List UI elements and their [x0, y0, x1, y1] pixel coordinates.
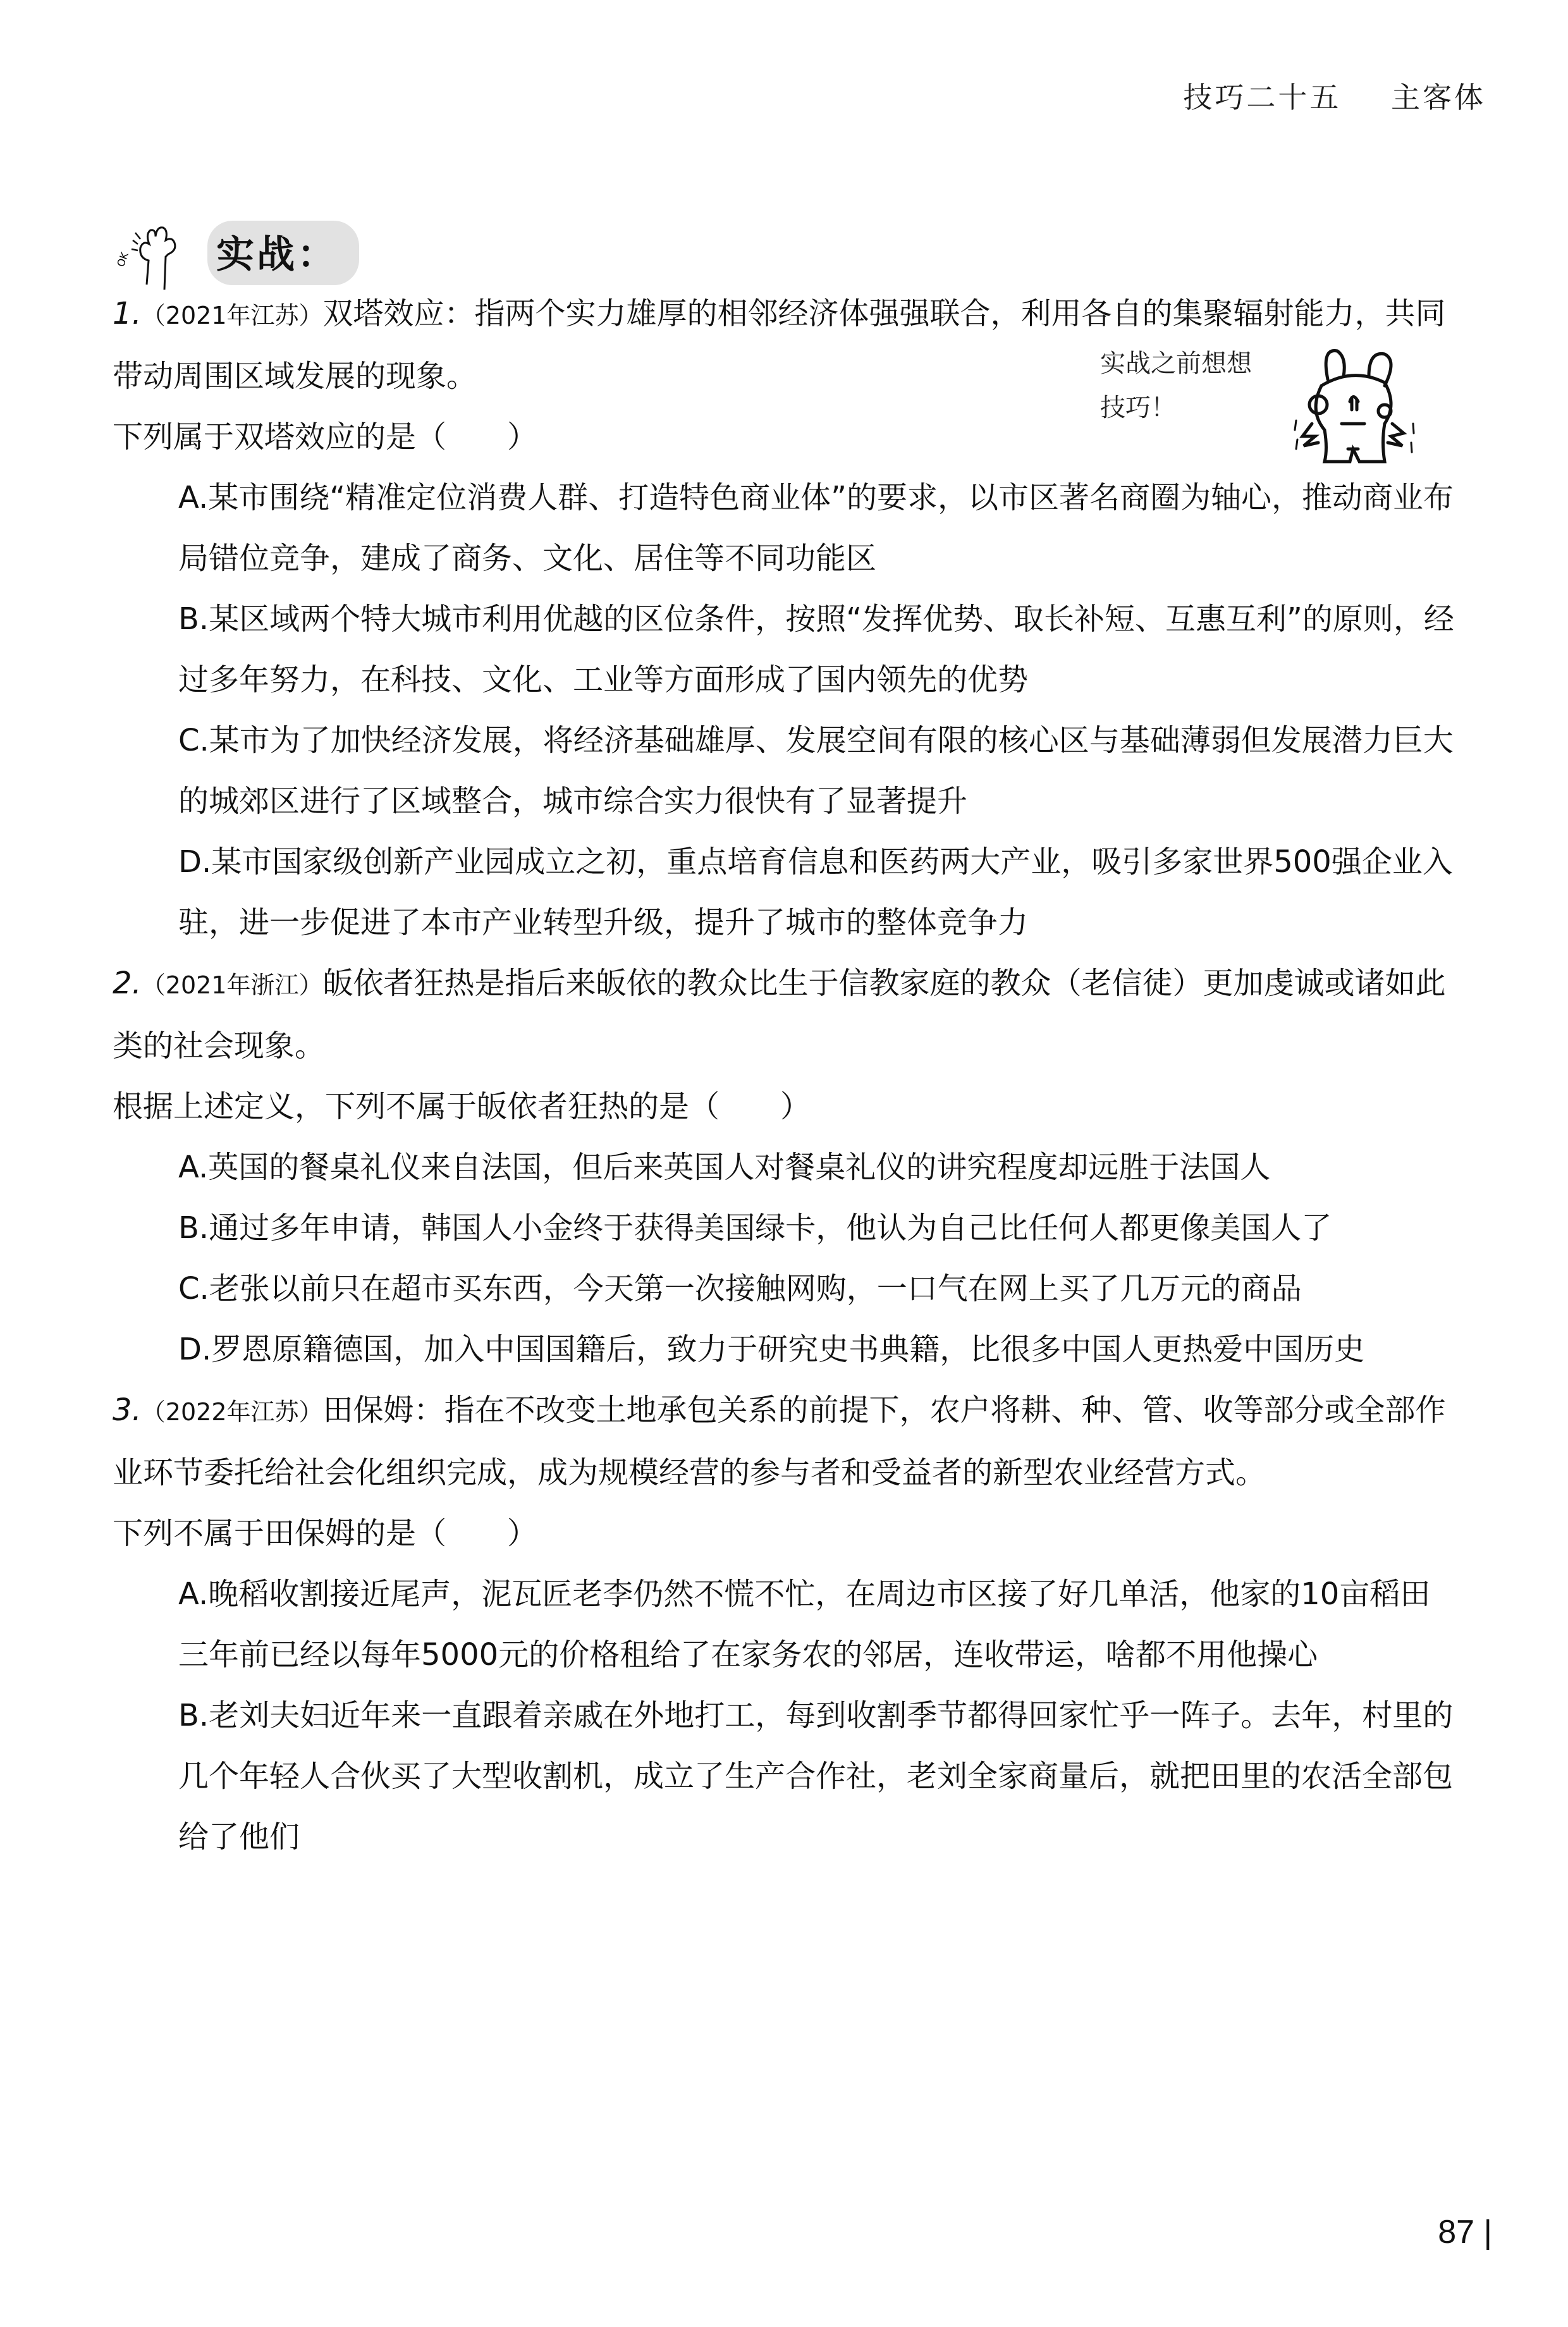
- question-stem: 2.（2021年浙江）皈依者狂热是指后来皈依的教众比生于信教家庭的教众（老信徒）…: [113, 953, 1459, 1076]
- option-text: 英国的餐桌礼仪来自法国，但后来英国人对餐桌礼仪的讲究程度却远胜于法国人: [208, 1150, 1270, 1185]
- svg-text:OK: OK: [114, 250, 131, 269]
- section-heading: OK 实战：: [114, 215, 359, 291]
- question-source: （2022年江苏）: [142, 1398, 323, 1426]
- option-a[interactable]: A.某市围绕“精准定位消费人群、打造特色商业体”的要求，以市区著名商圈为轴心，推…: [178, 467, 1459, 589]
- ok-hand-icon: OK: [114, 215, 202, 291]
- question-number: 2.: [113, 966, 142, 1001]
- option-c[interactable]: C.某市为了加快经济发展，将经济基础雄厚、发展空间有限的核心区与基础薄弱但发展潜…: [178, 710, 1459, 832]
- option-label: A.: [178, 1150, 208, 1185]
- question-stem: 3.（2022年江苏）田保姆：指在不改变土地承包关系的前提下，农户将耕、种、管、…: [113, 1380, 1459, 1503]
- option-text: 罗恩原籍德国，加入中国国籍后，致力于研究史书典籍，比很多中国人更热爱中国历史: [211, 1332, 1364, 1367]
- question-source: （2021年江苏）: [142, 302, 323, 329]
- option-a[interactable]: A.英国的餐桌礼仪来自法国，但后来英国人对餐桌礼仪的讲究程度却远胜于法国人: [178, 1137, 1459, 1198]
- page-number: 87 |: [1438, 2213, 1492, 2251]
- option-d[interactable]: D.某市国家级创新产业园成立之初，重点培育信息和医药两大产业，吸引多家世界500…: [178, 832, 1459, 953]
- option-b[interactable]: B.某区域两个特大城市利用优越的区位条件，按照“发挥优势、取长补短、互惠互利”的…: [178, 589, 1459, 710]
- option-text: 晚稻收割接近尾声，泥瓦匠老李仍然不慌不忙，在周边市区接了好几单活，他家的10亩稻…: [178, 1576, 1430, 1673]
- option-list: A.晚稻收割接近尾声，泥瓦匠老李仍然不慌不忙，在周边市区接了好几单活，他家的10…: [113, 1564, 1459, 1867]
- option-text: 某市为了加快经济发展，将经济基础雄厚、发展空间有限的核心区与基础薄弱但发展潜力巨…: [178, 723, 1454, 819]
- option-text: 老张以前只在超市买东西，今天第一次接触网购，一口气在网上买了几万元的商品: [209, 1271, 1302, 1306]
- option-list: A.某市围绕“精准定位消费人群、打造特色商业体”的要求，以市区著名商圈为轴心，推…: [113, 467, 1459, 953]
- option-label: D.: [178, 844, 211, 880]
- question-2: 2.（2021年浙江）皈依者狂热是指后来皈依的教众比生于信教家庭的教众（老信徒）…: [113, 953, 1459, 1380]
- option-list: A.英国的餐桌礼仪来自法国，但后来英国人对餐桌礼仪的讲究程度却远胜于法国人 B.…: [113, 1137, 1459, 1380]
- option-b[interactable]: B.老刘夫妇近年来一直跟着亲戚在外地打工，每到收割季节都得回家忙乎一阵子。去年，…: [178, 1685, 1459, 1867]
- option-label: C.: [178, 723, 209, 758]
- option-label: A.: [178, 480, 208, 515]
- topic-title: 主客体: [1391, 80, 1486, 114]
- running-header: 技巧二十五 主客体: [1183, 75, 1486, 116]
- option-d[interactable]: D.罗恩原籍德国，加入中国国籍后，致力于研究史书典籍，比很多中国人更热爱中国历史: [178, 1319, 1459, 1380]
- option-label: B.: [178, 601, 209, 637]
- option-text: 通过多年申请，韩国人小金终于获得美国绿卡，他认为自己比任何人都更像美国人了: [209, 1210, 1332, 1246]
- exercise-list: 1.（2021年江苏）双塔效应：指两个实力雄厚的相邻经济体强强联合，利用各自的集…: [113, 283, 1459, 1867]
- option-c[interactable]: C.老张以前只在超市买东西，今天第一次接触网购，一口气在网上买了几万元的商品: [178, 1258, 1459, 1319]
- question-stem: 1.（2021年江苏）双塔效应：指两个实力雄厚的相邻经济体强强联合，利用各自的集…: [113, 283, 1459, 407]
- section-title: 实战：: [207, 221, 359, 285]
- chapter-title: 技巧二十五: [1183, 80, 1341, 114]
- question-number: 1.: [113, 296, 142, 331]
- question-3: 3.（2022年江苏）田保姆：指在不改变土地承包关系的前提下，农户将耕、种、管、…: [113, 1380, 1459, 1867]
- question-prompt: 下列属于双塔效应的是（ ）: [113, 407, 1459, 467]
- question-prompt: 根据上述定义，下列不属于皈依者狂热的是（ ）: [113, 1076, 1459, 1137]
- option-text: 老刘夫妇近年来一直跟着亲戚在外地打工，每到收割季节都得回家忙乎一阵子。去年，村里…: [178, 1698, 1453, 1855]
- option-label: B.: [178, 1210, 209, 1246]
- question-source: （2021年浙江）: [142, 971, 323, 999]
- option-label: A.: [178, 1576, 208, 1612]
- option-b[interactable]: B.通过多年申请，韩国人小金终于获得美国绿卡，他认为自己比任何人都更像美国人了: [178, 1198, 1459, 1258]
- question-1: 1.（2021年江苏）双塔效应：指两个实力雄厚的相邻经济体强强联合，利用各自的集…: [113, 283, 1459, 953]
- option-text: 某市国家级创新产业园成立之初，重点培育信息和医药两大产业，吸引多家世界500强企…: [178, 844, 1453, 940]
- option-text: 某区域两个特大城市利用优越的区位条件，按照“发挥优势、取长补短、互惠互利”的原则…: [178, 601, 1454, 697]
- option-label: C.: [178, 1271, 209, 1306]
- option-text: 某市围绕“精准定位消费人群、打造特色商业体”的要求，以市区著名商圈为轴心，推动商…: [178, 480, 1454, 576]
- option-a[interactable]: A.晚稻收割接近尾声，泥瓦匠老李仍然不慌不忙，在周边市区接了好几单活，他家的10…: [178, 1564, 1459, 1685]
- question-number: 3.: [113, 1392, 142, 1428]
- option-label: B.: [178, 1698, 209, 1733]
- option-label: D.: [178, 1332, 211, 1367]
- question-prompt: 下列不属于田保姆的是（ ）: [113, 1503, 1459, 1564]
